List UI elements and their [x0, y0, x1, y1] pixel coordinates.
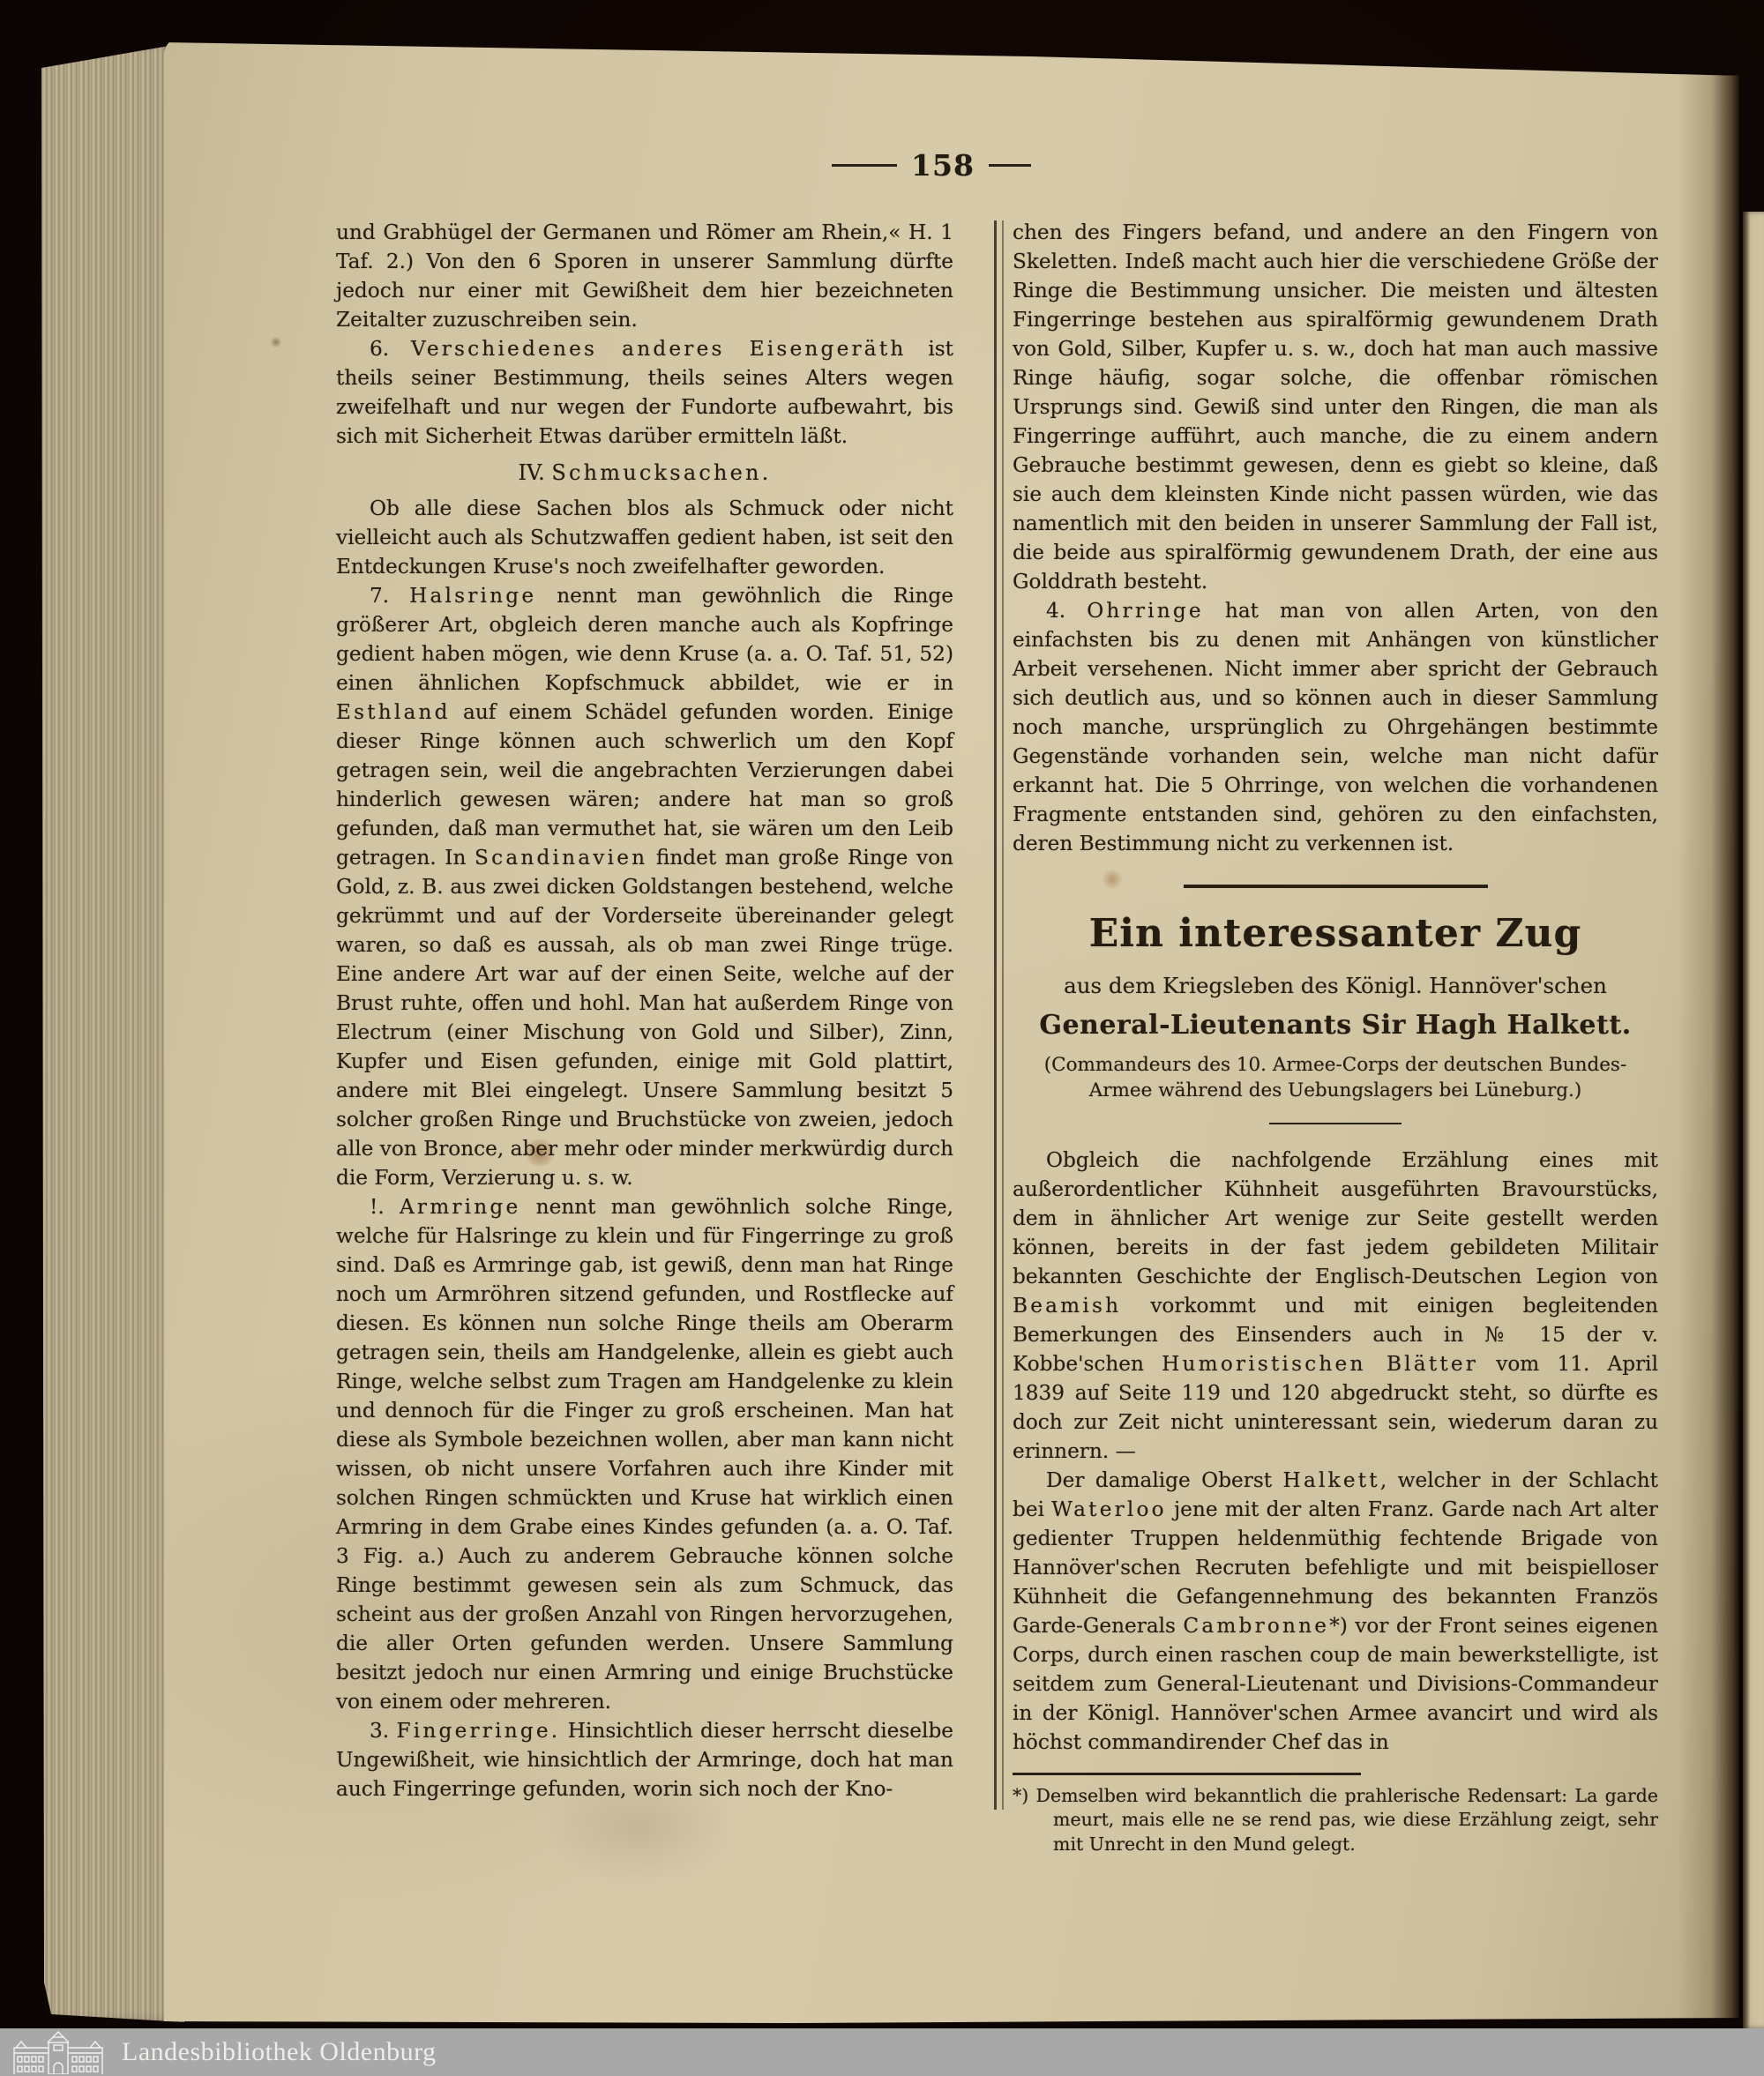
paragraph: 3. Fingerringe. Hinsichtlich dieser herr…	[336, 1716, 953, 1803]
left-column: und Grabhügel der Germanen und Römer am …	[336, 218, 953, 1803]
text-run: nennt man gewöhnlich solche Ringe, welch…	[336, 1195, 953, 1714]
emphasized-text: Humoristischen Blätter	[1162, 1352, 1478, 1376]
text-run: hat man von allen Arten, von den einfach…	[1013, 599, 1658, 855]
text-run: und Grabhügel der Germanen und Römer am …	[336, 220, 953, 332]
text-run: 4.	[1046, 599, 1087, 623]
library-name: Landesbibliothek Oldenburg	[122, 2037, 437, 2067]
page-header: 158	[336, 148, 1527, 183]
text-run: IV.	[518, 460, 551, 485]
book-page: 158 und Grabhügel der Germanen und Römer…	[164, 37, 1739, 2023]
paragraph: chen des Fingers befand, und andere an d…	[1013, 218, 1658, 596]
header-rule-left	[832, 164, 897, 168]
emphasized-text: Verschiedenes anderes Eisengeräth	[411, 337, 907, 361]
text-run: !.	[370, 1195, 400, 1219]
footnote-rule	[1013, 1773, 1361, 1775]
text-run: Obgleich die nachfolgende Erzählung eine…	[1013, 1148, 1658, 1288]
emphasized-text: Cambronne	[1183, 1614, 1329, 1638]
emphasized-text: Esthland	[336, 700, 451, 724]
text-run: Ob alle diese Sachen blos als Schmuck od…	[336, 497, 953, 579]
paragraph: 4. Ohrringe hat man von allen Arten, von…	[1013, 596, 1658, 858]
book-scan: 158 und Grabhügel der Germanen und Römer…	[0, 0, 1764, 2076]
text-run: (Commandeurs des 10. Armee-Corps der deu…	[1044, 1054, 1626, 1101]
emphasized-text: Halkett	[1283, 1468, 1380, 1492]
page-number: 158	[911, 148, 975, 183]
rule-small	[1269, 1123, 1401, 1125]
article-sub: aus dem Kriegsleben des Königl. Hannöver…	[1013, 971, 1658, 1000]
article-title: Ein interessanter Zug	[1013, 911, 1658, 957]
article-note: (Commandeurs des 10. Armee-Corps der deu…	[1013, 1052, 1658, 1103]
header-rule-right	[989, 164, 1031, 168]
paragraph: Der damalige Oberst Halkett, welcher in …	[1013, 1466, 1658, 1757]
column-divider	[994, 220, 1004, 1810]
page-edge-stack	[39, 40, 184, 2022]
right-column: chen des Fingers befand, und andere an d…	[1013, 218, 1658, 1856]
article-author: General-Lieutenants Sir Hagh Halkett.	[1013, 1011, 1658, 1040]
emphasized-text: Fingerringe.	[397, 1719, 561, 1743]
text-run: Der damalige Oberst	[1046, 1468, 1283, 1492]
text-run: aus dem Kriegsleben des Königl. Hannöver…	[1064, 973, 1607, 998]
section: IV. Schmucksachen.	[336, 459, 953, 488]
footnote: *) Demselben wird bekanntlich die prahle…	[1013, 1784, 1658, 1857]
paragraph: Obgleich die nachfolgende Erzählung eine…	[1013, 1146, 1658, 1466]
stain-spot	[270, 337, 282, 347]
text-run: General-Lieutenants Sir Hagh Halkett.	[1039, 1010, 1631, 1041]
paragraph: !. Armringe nennt man gewöhnlich solche …	[336, 1192, 953, 1716]
emphasized-text: Armringe	[400, 1195, 520, 1219]
text-run: 6.	[370, 337, 411, 361]
library-building-icon	[12, 2030, 104, 2074]
footer-bar: Landesbibliothek Oldenburg	[0, 2028, 1764, 2076]
text-run: 3.	[370, 1719, 397, 1743]
emphasized-text: Ohrringe	[1087, 599, 1204, 623]
gutter-shadow	[1678, 37, 1739, 2023]
paragraph: Ob alle diese Sachen blos als Schmuck od…	[336, 494, 953, 581]
text-run: 7.	[370, 584, 409, 608]
emphasized-text: Beamish	[1013, 1294, 1121, 1318]
facing-page-edge	[1743, 212, 1764, 2028]
rule	[1184, 885, 1488, 888]
emphasized-text: Waterloo	[1051, 1497, 1167, 1521]
paragraph: 6. Verschiedenes anderes Eisengeräth ist…	[336, 334, 953, 451]
text-run: *) Demselben wird bekanntlich die prahle…	[1013, 1785, 1658, 1855]
text-run: auf einem Schädel gefunden worden. Einig…	[336, 700, 953, 870]
text-run: Ein interessanter Zug	[1089, 911, 1582, 956]
text-run: findet man große Ringe von Gold, z. B. a…	[336, 846, 953, 1190]
text-run: chen des Fingers befand, und andere an d…	[1013, 220, 1658, 594]
emphasized-text: Scandinavien	[475, 846, 647, 870]
paragraph: und Grabhügel der Germanen und Römer am …	[336, 218, 953, 334]
emphasized-text: Halsringe	[409, 584, 536, 608]
emphasized-text: Schmucksachen.	[551, 460, 771, 485]
paragraph: 7. Halsringe nennt man gewöhnlich die Ri…	[336, 581, 953, 1192]
